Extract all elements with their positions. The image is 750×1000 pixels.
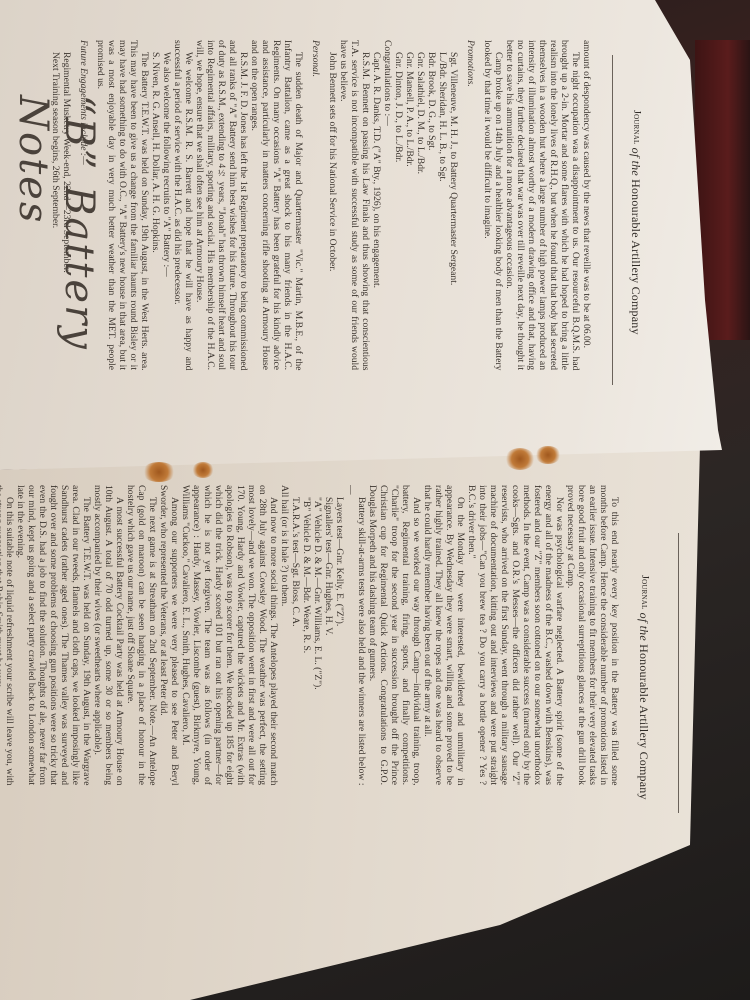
promotion-item: Gnr. Mansell, P. A., to L./Bdr. bbox=[404, 40, 415, 370]
winner-line: "A" Vehicle D. & M.—Gnr. Williams, E. L.… bbox=[312, 485, 323, 785]
personal-title: Personal. bbox=[310, 40, 321, 370]
paragraph: We welcome R.S.M. R. S. Barrett and hope… bbox=[172, 40, 194, 370]
paragraph: And so we worked our way through Camp—in… bbox=[367, 485, 422, 785]
paragraph: Capt. A. R. Danks, T.D. ("A" Bty., 1926)… bbox=[371, 40, 382, 370]
paragraph: On this suitable note of liquid refreshm… bbox=[0, 485, 15, 785]
promotion-item: L./Bdr. Sheridan, H. L. B., to Sgt. bbox=[437, 40, 448, 370]
top-page: Journal of the Honourable Artillery Comp… bbox=[0, 0, 722, 470]
winner-line: Signallers' test—Gnr. Hughes, H. V. bbox=[323, 485, 334, 785]
winner-line: "B" Vehicle D. & M.—Bdr. Weare, R. S. bbox=[301, 485, 312, 785]
section-title: “B” Battery Notes bbox=[10, 95, 102, 470]
stain bbox=[505, 448, 535, 470]
paragraph: R.S.M. J. F. D. Jones has left the 1st R… bbox=[194, 40, 249, 370]
paragraph: Nor was psychological warfare neglected.… bbox=[466, 485, 565, 785]
paragraph: Camp broke up on 14th July and a healthi… bbox=[482, 40, 504, 370]
promotion-item: Gnr. Salathiel, D. M., to L./Bdr. bbox=[415, 40, 426, 370]
hail-line: All hail (or is it hale ?) to them. bbox=[279, 485, 290, 785]
paragraph: The Battery T.E.W.T. was held on Sunday,… bbox=[95, 40, 150, 370]
paragraph: amount of despondency was caused by the … bbox=[581, 40, 592, 370]
paragraph: The night occupation was a disappointmen… bbox=[504, 40, 581, 370]
stain bbox=[535, 446, 561, 464]
paragraph: Battery skill-at-arms tests were also he… bbox=[345, 485, 367, 785]
promotion-item: Bdr. Brook, D. G., to Sgt. bbox=[426, 40, 437, 370]
stain bbox=[192, 462, 214, 478]
congratulations-title: Congratulations to :— bbox=[382, 40, 393, 370]
paragraph: A most successful Battery Cocktail Party… bbox=[92, 485, 125, 785]
promotion-item: Gnr. Dinton, J. D., to L./Bdr. bbox=[393, 40, 404, 370]
paragraph: The sudden death of Major and Quartermas… bbox=[249, 40, 304, 370]
header-rule bbox=[612, 55, 613, 385]
paragraph: And now to more social things. The Antel… bbox=[180, 485, 279, 785]
paragraph: The next game is at Streatham on 2nd Sep… bbox=[125, 485, 158, 785]
header-rule bbox=[678, 533, 679, 813]
paragraph: Among our supporters we were very please… bbox=[158, 485, 180, 785]
paragraph: John Bennett sets off for his National S… bbox=[327, 40, 338, 370]
paragraph: S. Niven, R. G. Ansell, H. Dollar, A. H.… bbox=[150, 40, 161, 370]
paragraph: The Battery T.E.W.T. was held on Sunday,… bbox=[15, 485, 92, 785]
paragraph: To this end nearly every key position in… bbox=[565, 485, 620, 785]
paragraph: R.S.M. Bennett on passing his Law Finals… bbox=[338, 40, 371, 370]
promotion-item: Sgt. Villeneuve, M. H. J., to Battery Qu… bbox=[448, 40, 459, 370]
journal-header-bottom: Journal of the Honourable Artillery Comp… bbox=[636, 575, 651, 800]
winner-line: Layers test—Gnr. Kelly, E. ("Z"). bbox=[334, 485, 345, 785]
paragraph: We also welcome the following recruits t… bbox=[161, 40, 172, 370]
bottom-page-body-1: To this end nearly every key position in… bbox=[160, 485, 620, 785]
paragraph: On the Monday they were interested, bewi… bbox=[422, 485, 466, 785]
stain bbox=[142, 462, 176, 482]
promotions-title: Promotions. bbox=[465, 40, 476, 370]
top-page-body: amount of despondency was caused by the … bbox=[67, 40, 592, 370]
journal-header-top: Journal of the Honourable Artillery Comp… bbox=[628, 110, 643, 335]
winner-line: T.A.R.A.'s test—Sgt. Bloss, C. A. bbox=[290, 485, 301, 785]
